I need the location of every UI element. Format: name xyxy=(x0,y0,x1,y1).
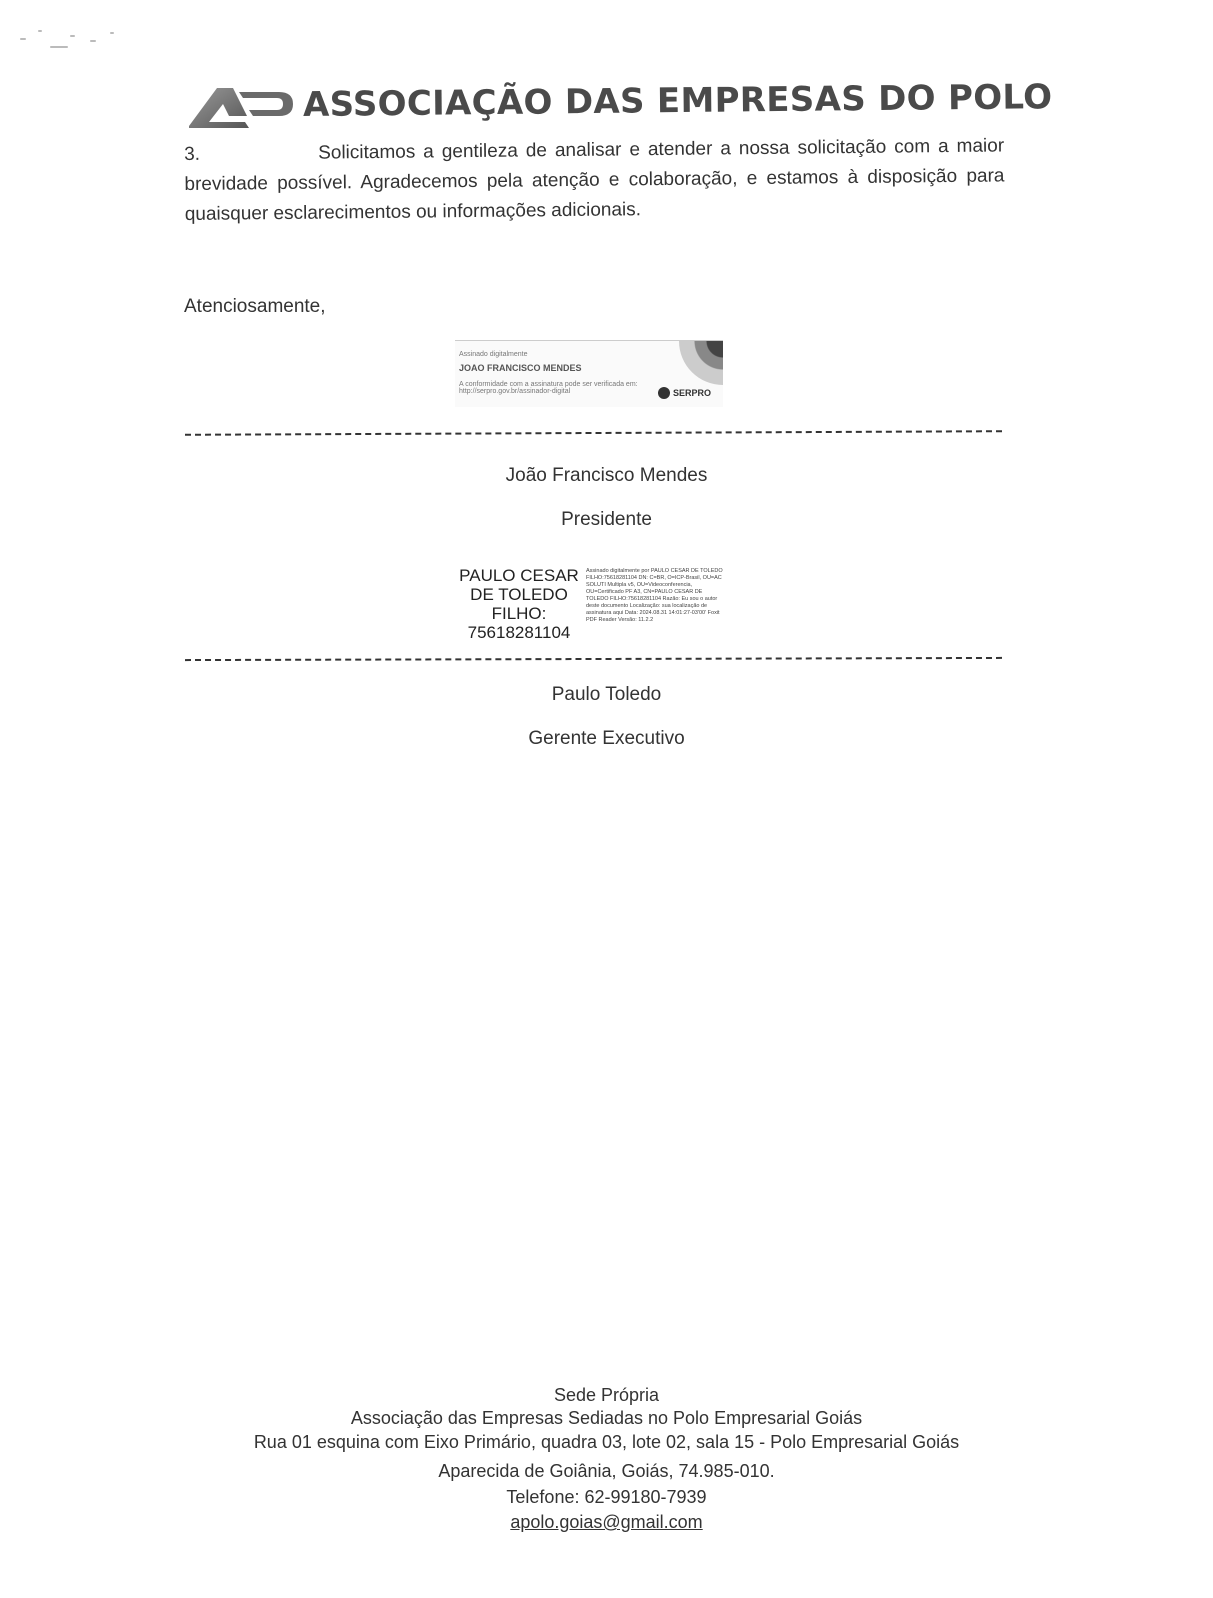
stamp-2-name-line: FILHO: xyxy=(452,604,586,623)
footer-phone: Telefone: 62-99180-7939 xyxy=(0,1485,1213,1509)
stamp-2-name-line: 75618281104 xyxy=(452,623,586,642)
stamp-2-name-line: DE TOLEDO xyxy=(452,585,586,604)
letterhead: ASSOCIAÇÃO DAS EMPRESAS DO POLO xyxy=(187,82,1052,128)
signer-1-role: Presidente xyxy=(0,509,1213,531)
scan-smudge xyxy=(10,20,120,60)
body-paragraph: 3.Solicitamos a gentileza de analisar e … xyxy=(184,131,1005,230)
signature-line-2 xyxy=(185,657,1002,661)
signer-2-role: Gerente Executivo xyxy=(0,728,1213,750)
footer-line-2: Associação das Empresas Sediadas no Polo… xyxy=(0,1406,1213,1430)
closing-text: Atenciosamente, xyxy=(184,296,326,318)
ap-logo-icon xyxy=(187,82,295,128)
organization-title: ASSOCIAÇÃO DAS EMPRESAS DO POLO xyxy=(303,77,1053,125)
item-number: 3. xyxy=(184,139,318,170)
serpro-brand: SERPRO xyxy=(658,387,711,399)
signature-line-1 xyxy=(185,430,1002,436)
document-page: ASSOCIAÇÃO DAS EMPRESAS DO POLO 3.Solici… xyxy=(0,0,1213,1598)
stamp-label: Assinado digitalmente xyxy=(459,351,528,358)
stamp-2-name-line: PAULO CESAR xyxy=(452,566,586,585)
stamp-note: A conformidade com a assinatura pode ser… xyxy=(459,381,659,395)
footer-line-4: Aparecida de Goiânia, Goiás, 74.985-010. xyxy=(0,1459,1213,1483)
footer-line-3: Rua 01 esquina com Eixo Primário, quadra… xyxy=(0,1430,1213,1454)
serpro-text: SERPRO xyxy=(673,388,711,398)
footer-line-1: Sede Própria xyxy=(0,1383,1213,1407)
stamp-signer-name: JOAO FRANCISCO MENDES xyxy=(459,363,582,373)
footer-email-link[interactable]: apolo.goias@gmail.com xyxy=(510,1512,702,1532)
signer-1-name: João Francisco Mendes xyxy=(0,465,1213,487)
stamp-arc-graphic xyxy=(679,341,723,385)
digital-signature-stamp-2: PAULO CESAR DE TOLEDO FILHO: 75618281104… xyxy=(452,566,732,648)
signer-2-name: Paulo Toledo xyxy=(0,684,1213,706)
stamp-2-details: Assinado digitalmente por PAULO CESAR DE… xyxy=(586,568,726,624)
stamp-2-signer-name: PAULO CESAR DE TOLEDO FILHO: 75618281104 xyxy=(452,566,586,642)
serpro-logo-icon xyxy=(658,387,670,399)
footer-email-wrap: apolo.goias@gmail.com xyxy=(0,1510,1213,1534)
digital-signature-stamp-1: Assinado digitalmente JOAO FRANCISCO MEN… xyxy=(455,340,723,407)
